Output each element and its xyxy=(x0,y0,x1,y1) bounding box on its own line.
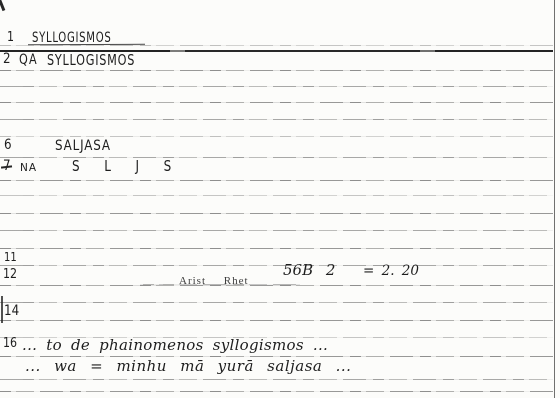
transliteration-saljasa: SALJASA xyxy=(55,139,111,153)
rule-line xyxy=(0,213,553,214)
scan-card: 1 SYLLOGISMOS 2 QA SYLLOGISMOS 6 SALJASA… xyxy=(0,0,560,398)
right-border-line xyxy=(554,0,556,398)
headword-syllogismos-2: SYLLOGISMOS xyxy=(47,53,135,68)
lang-tag-na: NA xyxy=(20,163,37,174)
rule-line xyxy=(0,379,553,380)
entry-number-2: 2 xyxy=(3,52,11,66)
rule-line xyxy=(0,86,553,87)
source-strike-line xyxy=(140,284,300,285)
greek-quote-line: ... to de phainomenos syllogismos ... xyxy=(22,338,328,353)
rule-line xyxy=(0,320,553,321)
rule-line xyxy=(0,119,553,120)
rule-line xyxy=(0,248,553,249)
reference-equivalence: = 2. 20 xyxy=(363,265,419,279)
headword-syllogismos-1: SYLLOGISMOS xyxy=(32,31,112,45)
rule-line xyxy=(0,195,553,196)
rule-line xyxy=(0,265,553,266)
rule-line xyxy=(0,285,553,286)
rule-line xyxy=(0,302,553,303)
rule-line xyxy=(0,102,553,103)
rule-line xyxy=(0,70,553,71)
entry-number-12: 12 xyxy=(3,268,17,281)
entry-number-1: 1 xyxy=(7,31,14,44)
root-letters: S L J S xyxy=(72,159,171,174)
rule-line xyxy=(0,180,553,181)
rule-line xyxy=(0,391,553,392)
arabic-quote-line: ... wa = minhu mā yurā saljasa ... xyxy=(25,359,351,374)
entry-number-6: 6 xyxy=(4,138,12,152)
rule-line xyxy=(0,230,553,231)
entry-number-11: 11 xyxy=(4,251,17,264)
lang-tag-qa: QA xyxy=(19,53,38,67)
corner-mark xyxy=(0,0,5,11)
typed-source-citation: Arist Rhet xyxy=(179,276,249,287)
entry-number-16: 16 xyxy=(3,337,17,350)
margin-tick xyxy=(1,296,3,323)
entry-number-14: 14 xyxy=(4,304,19,318)
reference-bekker: 56B 2 xyxy=(283,263,335,278)
rule-line xyxy=(0,136,553,137)
